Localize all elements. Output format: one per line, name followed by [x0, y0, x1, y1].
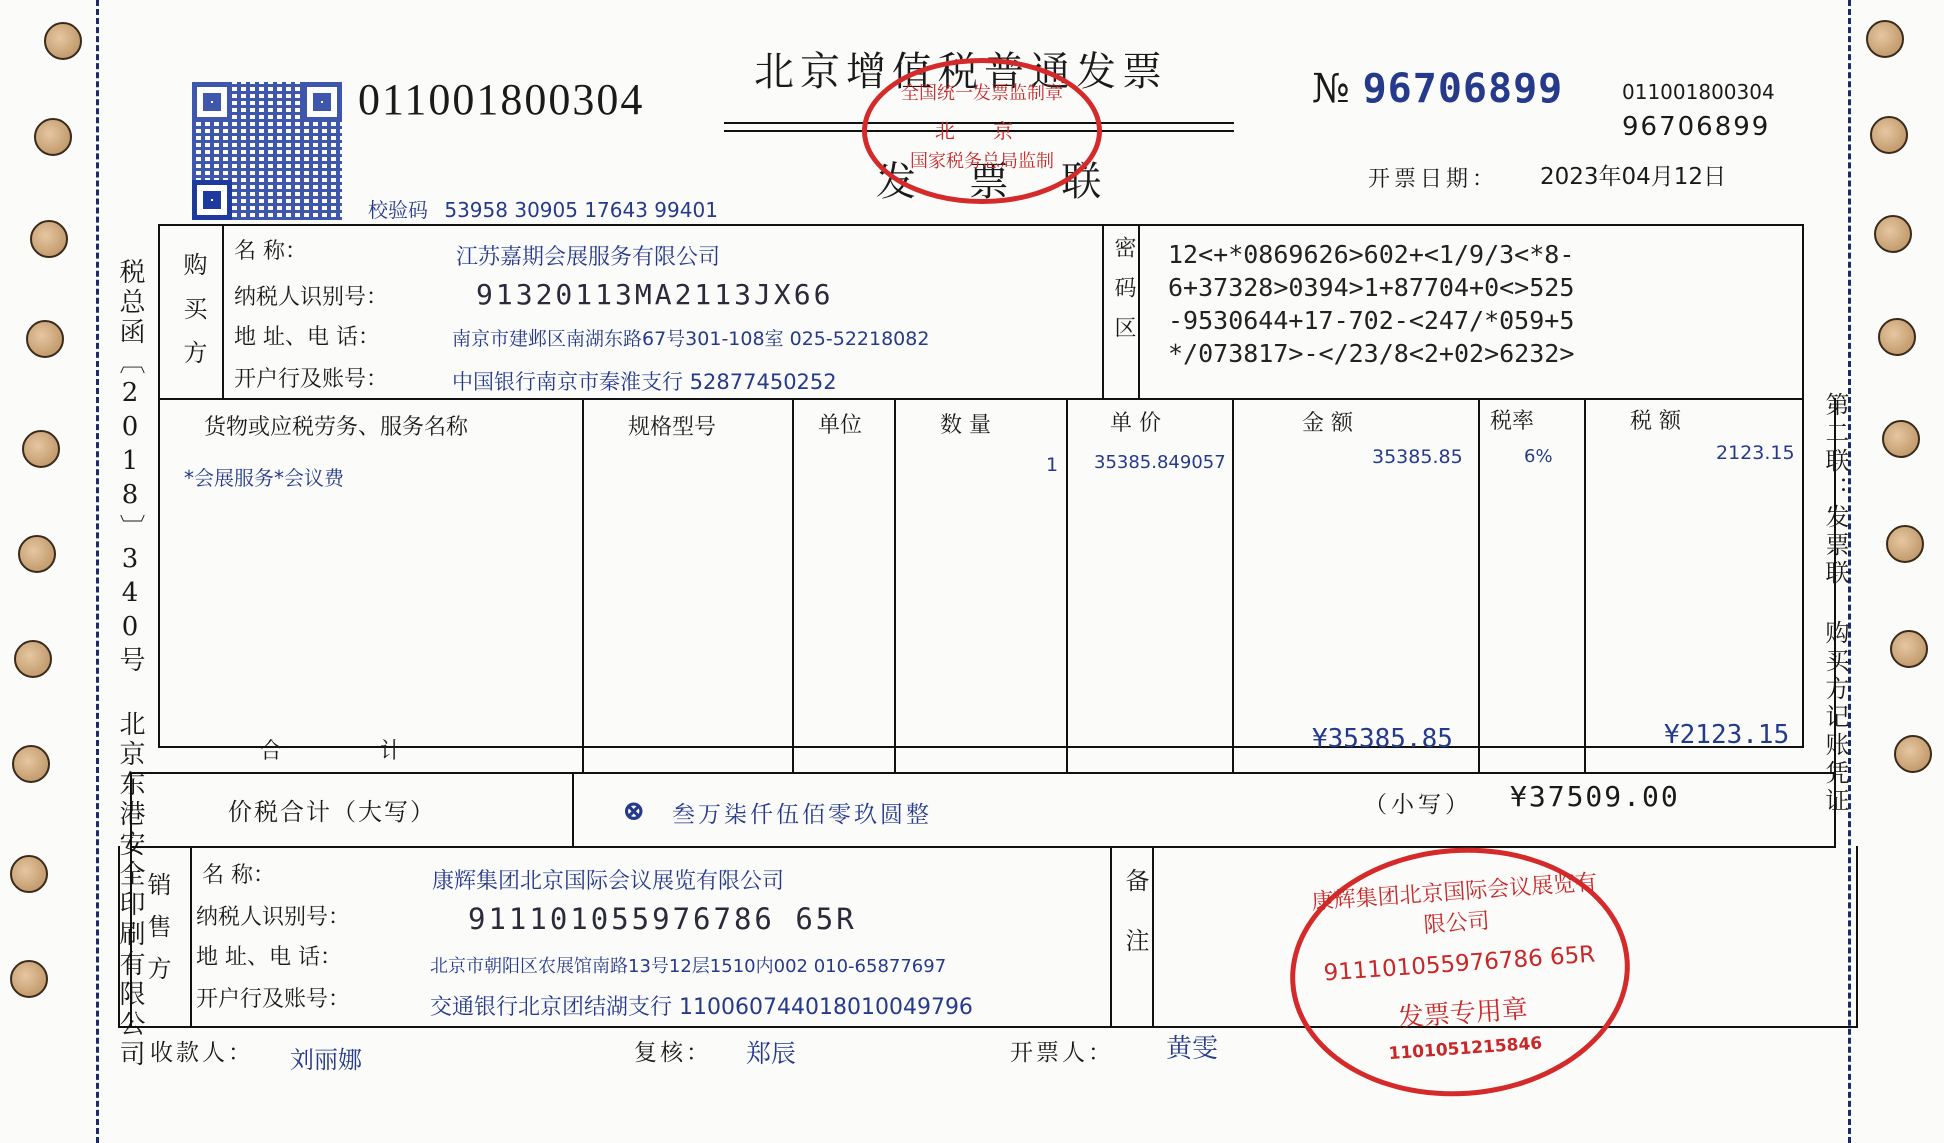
left-perforation [96, 0, 99, 1143]
header-tax-rate: 税率 [1490, 404, 1534, 435]
grand-total-lower-value: ¥37509.00 [1510, 780, 1680, 813]
buyer-name: 江苏嘉期会展服务有限公司 [456, 240, 720, 271]
header-unit-price: 单 价 [1110, 406, 1161, 437]
seller-name: 康辉集团北京国际会议展览有限公司 [432, 864, 784, 895]
tractor-hole [34, 118, 72, 156]
number-value: 96706899 [1363, 66, 1564, 112]
cipher-label: 密码区 [1108, 236, 1139, 356]
tractor-hole [10, 855, 48, 893]
payee-name: 刘丽娜 [290, 1040, 362, 1075]
buyer-bank-label: 开户行及账号： [234, 362, 388, 393]
buyer-tax-id-label: 纳税人识别号： [234, 280, 388, 311]
check-code-label: 校验码 [368, 198, 428, 222]
header-tax: 税 额 [1630, 404, 1681, 435]
cipher-line: -9530644+17-702-<247/*059+5 [1168, 304, 1574, 337]
tractor-hole [18, 535, 56, 573]
total-tax: ¥2123.15 [1664, 720, 1789, 750]
item-tax: 2123.15 [1716, 442, 1795, 464]
tractor-hole [22, 430, 60, 468]
circled-x-icon: ⊗ [622, 794, 645, 827]
code-small: 011001800304 [1622, 80, 1775, 104]
header-spec: 规格型号 [628, 410, 716, 441]
tractor-hole [1882, 420, 1920, 458]
seller-stamp-tax-id: 911101055976786 65R [1314, 941, 1605, 987]
check-code: 校验码 53958 30905 17643 99401 [368, 194, 718, 223]
invoice-code: 011001800304 [358, 74, 644, 125]
tax-bureau-stamp: 全国统一发票监制章 北 京 国家税务总局监制 [862, 58, 1102, 204]
buyer-address-label: 地 址、电 话： [234, 320, 380, 351]
seller-tax-id-label: 纳税人识别号： [196, 900, 350, 931]
total-amount: ¥35385.85 [1312, 724, 1453, 754]
buyer-section-label: 购买方 [176, 252, 211, 384]
cipher-line: */073817>-</23/8<2+02>6232> [1168, 337, 1574, 370]
item-quantity: 1 [1046, 454, 1058, 476]
remarks-label: 备注 [1118, 868, 1153, 988]
grand-total-upper-value: 叁万柒仟伍佰零玖圆整 [672, 796, 932, 829]
buyer-tax-id: 91320113MA2113JX66 [476, 278, 833, 311]
tractor-hole [1890, 630, 1928, 668]
item-amount: 35385.85 [1372, 446, 1463, 468]
header-item-name: 货物或应税劳务、服务名称 [204, 410, 468, 441]
seller-address-label: 地 址、电 话： [196, 940, 342, 971]
stamp-bottom-text: 国家税务总局监制 [887, 147, 1077, 173]
item-tax-rate: 6% [1524, 446, 1553, 467]
issuer-label: 开票人： [1010, 1034, 1114, 1067]
tractor-hole [1886, 525, 1924, 563]
seller-bank-label: 开户行及账号： [196, 982, 350, 1013]
invoice-number: № 96706899 [1312, 66, 1563, 112]
stamp-top-text: 全国统一发票监制章 [887, 79, 1077, 105]
issuer-name: 黄雯 [1166, 1028, 1218, 1065]
header-unit: 单位 [818, 408, 862, 439]
item-unit-price: 35385.849057 [1094, 452, 1226, 473]
seller-tax-id: 911101055976786 65R [468, 902, 857, 936]
grand-total-upper-label: 价税合计（大写） [228, 792, 436, 827]
tractor-hole [12, 745, 50, 783]
header-amount: 金 额 [1302, 406, 1353, 437]
total-label: 合 计 [260, 734, 402, 765]
invoice-page: 011001800304 校验码 53958 30905 17643 99401… [0, 0, 1944, 1143]
tractor-hole [1874, 215, 1912, 253]
qr-code-finder [192, 180, 232, 220]
buyer-address-phone: 南京市建邺区南湖东路67号301-108室 025-52218082 [452, 324, 929, 351]
cipher-block: 12<+*0869626>602+<1/9/3<*8- 6+37328>0394… [1168, 238, 1574, 370]
tractor-hole [44, 22, 82, 60]
tractor-hole [30, 220, 68, 258]
number-small: 96706899 [1622, 112, 1770, 142]
cipher-line: 12<+*0869626>602+<1/9/3<*8- [1168, 238, 1574, 271]
seller-name-label: 名 称： [202, 858, 275, 889]
tractor-hole [26, 320, 64, 358]
header-quantity: 数 量 [940, 408, 991, 439]
tractor-hole [14, 640, 52, 678]
tractor-hole [1894, 735, 1932, 773]
reviewer-name: 郑辰 [746, 1034, 796, 1070]
payee-label: 收款人： [150, 1034, 254, 1067]
reviewer-label: 复核： [634, 1034, 712, 1067]
date-value: 2023年04月12日 [1540, 158, 1726, 191]
tractor-hole [1866, 20, 1904, 58]
buyer-name-label: 名 称： [234, 234, 307, 265]
seller-bank-account: 交通银行北京团结湖支行 110060744018010049796 [430, 990, 973, 1021]
seller-section-label: 销售方 [140, 872, 175, 998]
check-code-value: 53958 30905 17643 99401 [444, 198, 718, 222]
stamp-middle-text: 北 京 [887, 115, 1077, 144]
buyer-bank-account: 中国银行南京市秦淮支行 52877450252 [452, 366, 837, 396]
cipher-line: 6+37328>0394>1+87704+0<>525 [1168, 271, 1574, 304]
seller-address-phone: 北京市朝阳区农展馆南路13号12层1510内002 010-65877697 [430, 952, 946, 978]
tractor-hole [10, 960, 48, 998]
grand-total-lower-label: （小写） [1364, 786, 1472, 819]
tractor-hole [1878, 318, 1916, 356]
item-name: *会展服务*会议费 [184, 462, 344, 491]
date-label: 开票日期： [1368, 162, 1498, 193]
tractor-hole [1870, 116, 1908, 154]
number-prefix: № [1312, 66, 1350, 112]
